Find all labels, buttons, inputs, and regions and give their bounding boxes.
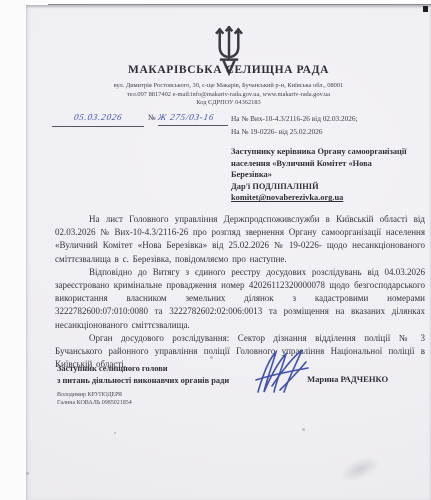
addressee-line: Заступнику керівника Органу самоорганіза…: [231, 146, 431, 158]
addressee-email: komitet@novaberezivka.org.ua: [231, 192, 431, 204]
body-paragraph: На лист Головного управління Держпродспо…: [55, 213, 425, 266]
letter-body: На лист Головного управління Держпродспо…: [55, 213, 425, 371]
addressee-block: Заступнику керівника Органу самоорганіза…: [231, 146, 431, 204]
body-paragraph: Відповідно до Витягу з єдиного реєстру д…: [55, 266, 425, 332]
outgoing-date-field: 05.03.2026: [52, 112, 144, 127]
in-reply-to-line: На № Вих-10-4.3/2116-26 від 02.03.2026;: [231, 112, 358, 125]
signer-name: Марина РАДЧЕНКО: [307, 374, 388, 384]
number-sign-label: №: [148, 113, 156, 122]
addressee-line: Березівка»: [231, 169, 431, 181]
executor-line: Галина КОВАЛЬ 0985021854: [57, 399, 132, 407]
org-address: вул. Димитрія Ростовського, 30, с-ще Мак…: [26, 82, 431, 89]
handwritten-date: 05.03.2026: [73, 112, 123, 122]
org-name: МАКАРІВСЬКА СЕЛИЩНА РАДА: [26, 64, 431, 76]
handwritten-signature: [252, 348, 314, 398]
executor-line: Володимир КРУПОДЕРЯ: [57, 391, 132, 399]
addressee-name: Дар'ї ПОДЛІПАЛІНІЙ: [231, 181, 431, 193]
in-reply-to-block: На № Вих-10-4.3/2116-26 від 02.03.2026; …: [231, 112, 358, 138]
outgoing-number-field: № Ж 275/03-16: [148, 112, 228, 126]
addressee-line: населення «Вуличний Комітет «Нова: [231, 158, 431, 170]
in-reply-to-line: На № 19-0226- від 25.02.2026: [231, 125, 358, 138]
org-contacts: тел.097 8817402 e-mail:info@makariv-rada…: [26, 91, 431, 98]
org-edrpou-code: Код ЄДРПОУ 04362183: [26, 99, 431, 106]
number-underline: [158, 125, 228, 126]
executors-block: Володимир КРУПОДЕРЯ Галина КОВАЛЬ 098502…: [57, 391, 132, 407]
scanned-letter: МАКАРІВСЬКА СЕЛИЩНА РАДА вул. Димитрія Р…: [0, 0, 431, 500]
handwritten-number: Ж 275/03-16: [157, 112, 215, 122]
